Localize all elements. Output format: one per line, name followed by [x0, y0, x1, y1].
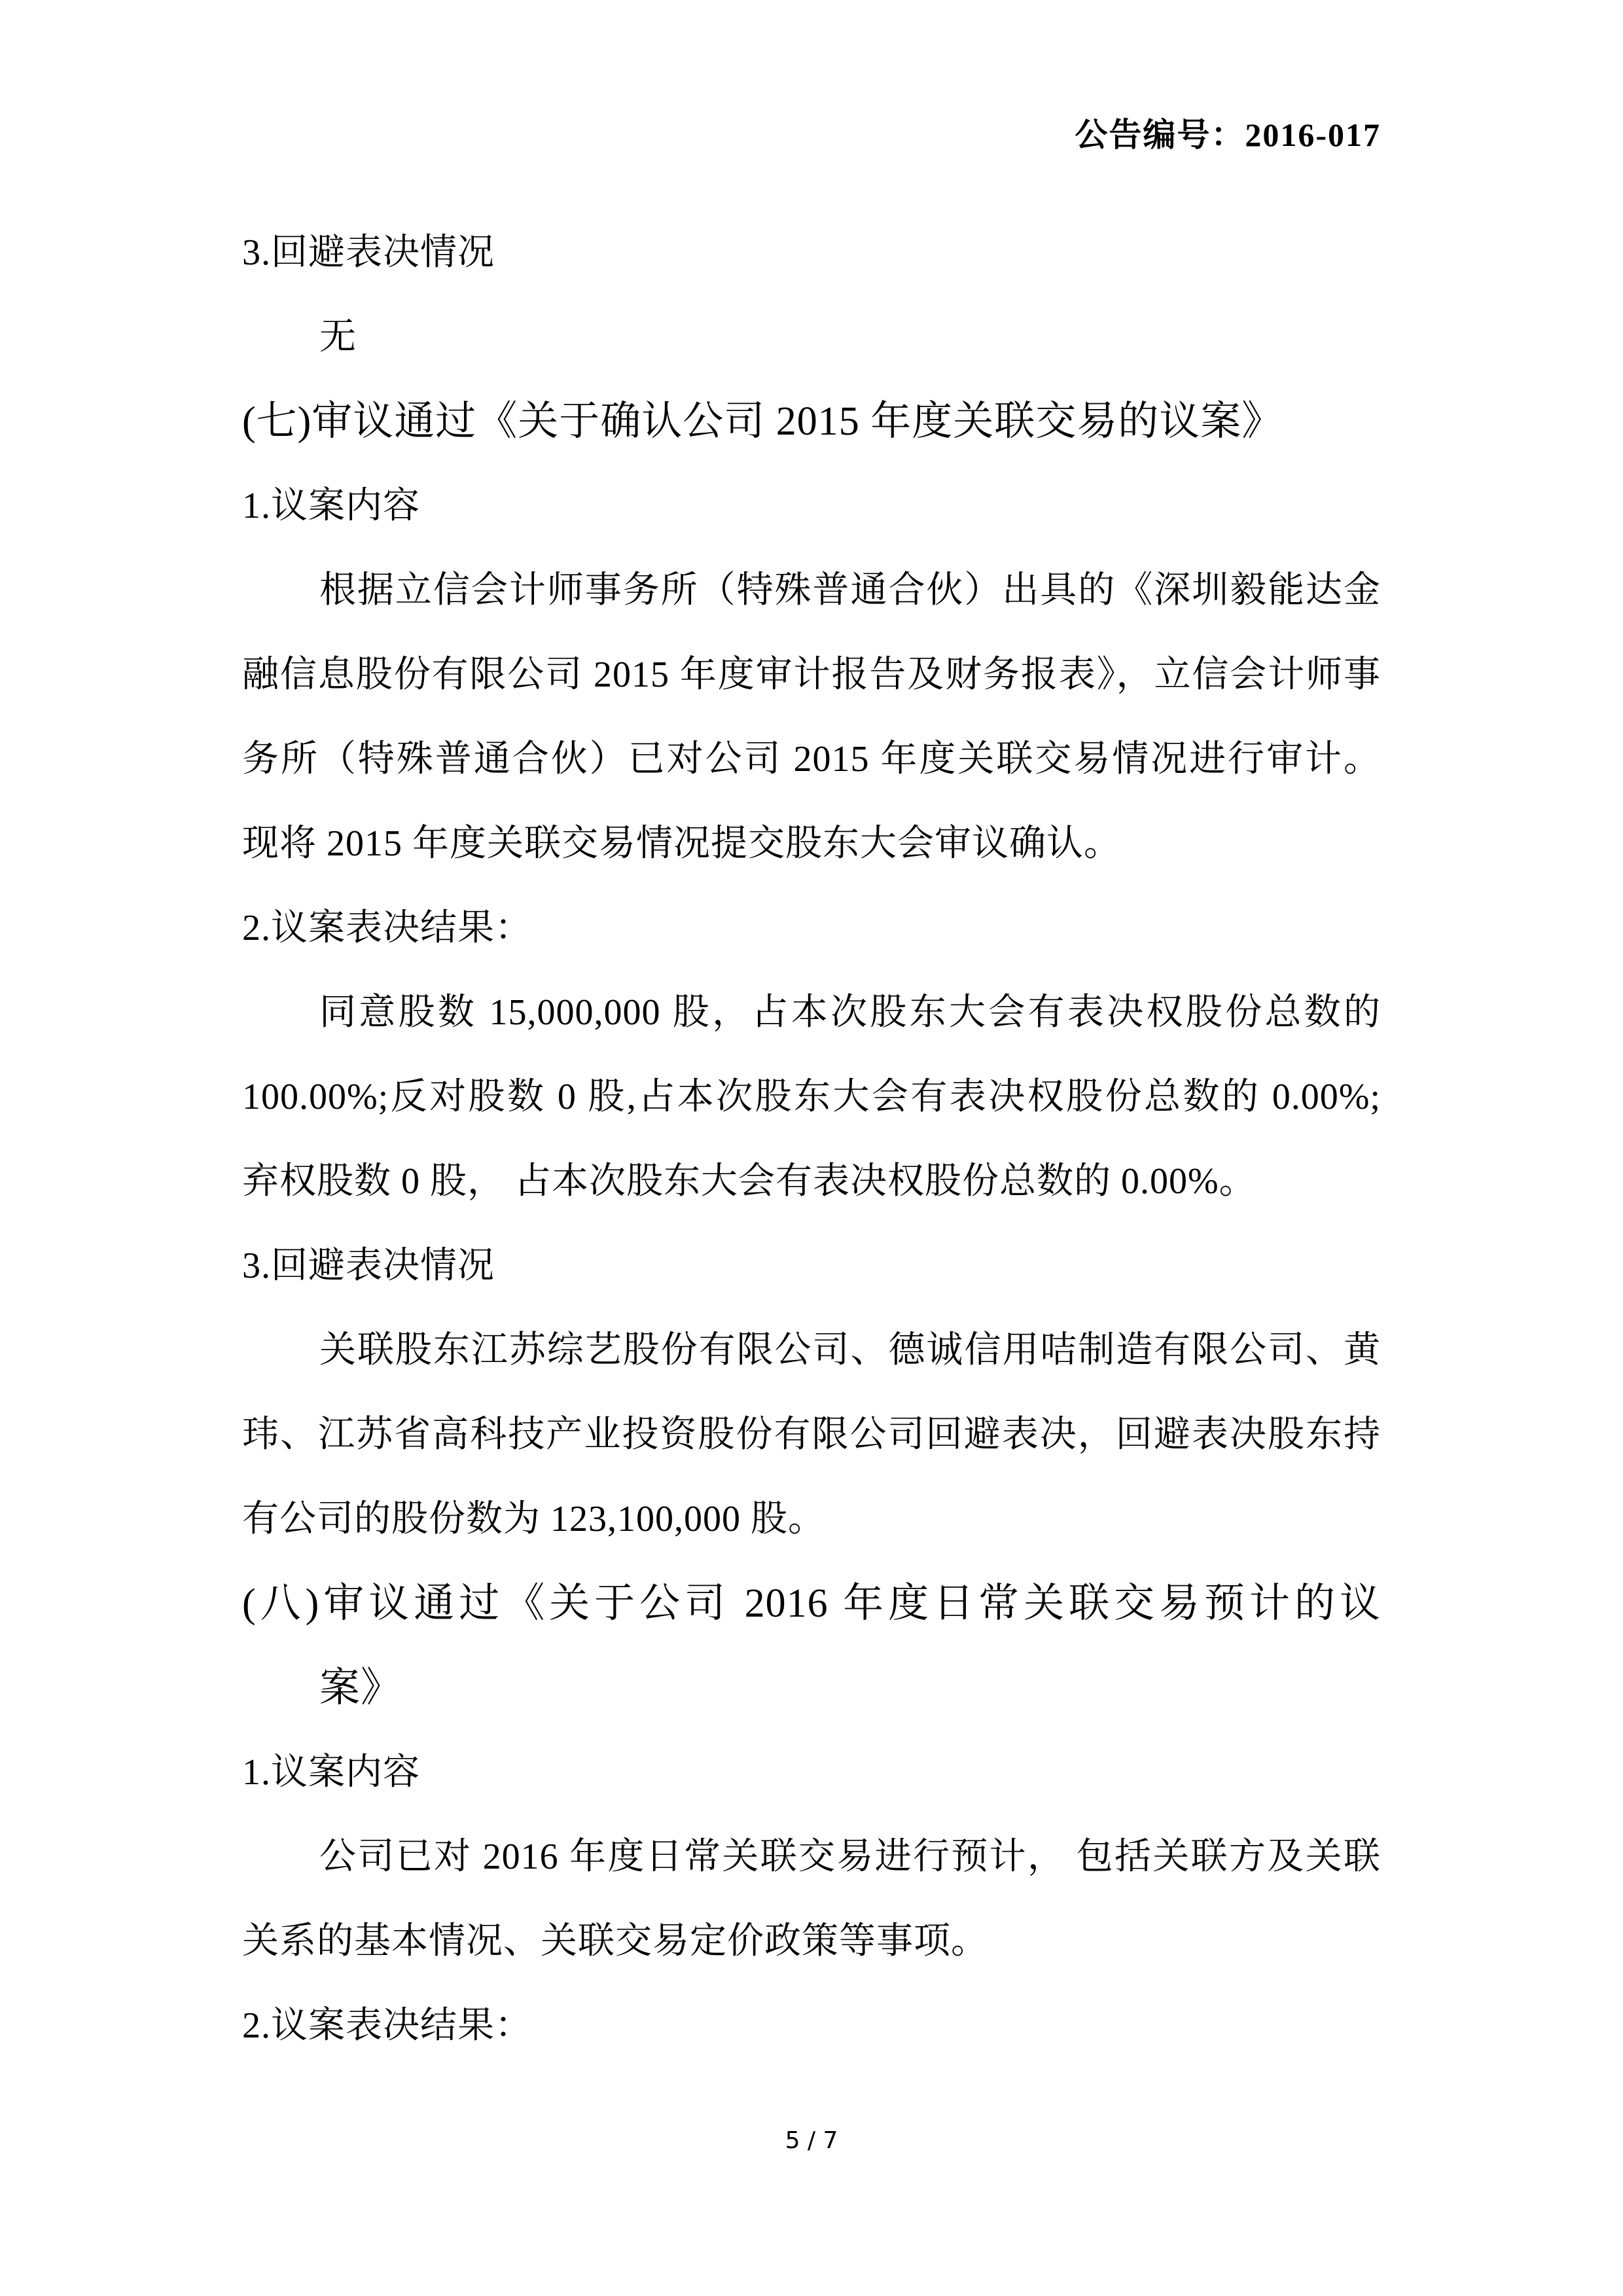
document-page: 公告编号：2016-017 3.回避表决情况无(七)审议通过《关于确认公司 20… [0, 0, 1623, 2296]
text-line: 同意股数 15,000,000 股，占本次股东大会有表决权股份总数的 [242, 971, 1381, 1055]
text-line: 3.回避表决情况 [242, 211, 1381, 295]
text-line: 2.议案表决结果： [242, 1984, 1381, 2068]
text-line: 公司已对 2016 年度日常关联交易进行预计， 包括关联方及关联 [242, 1815, 1381, 1899]
text-line: 关系的基本情况、关联交易定价政策等事项。 [242, 1899, 1381, 1984]
document-body: 3.回避表决情况无(七)审议通过《关于确认公司 2015 年度关联交易的议案》1… [242, 211, 1381, 2068]
text-line: (七)审议通过《关于确认公司 2015 年度关联交易的议案》 [242, 380, 1381, 464]
text-line: 现将 2015 年度关联交易情况提交股东大会审议确认。 [242, 802, 1381, 886]
text-line: 弃权股数 0 股， 占本次股东大会有表决权股份总数的 0.00%。 [242, 1139, 1381, 1224]
text-line: 根据立信会计师事务所（特殊普通合伙）出具的《深圳毅能达金 [242, 548, 1381, 633]
text-line: 务所（特殊普通合伙）已对公司 2015 年度关联交易情况进行审计。 [242, 717, 1381, 802]
text-line: 2.议案表决结果： [242, 886, 1381, 971]
text-line: 案》 [242, 1646, 1381, 1731]
announcement-number: 公告编号：2016-017 [1075, 115, 1381, 155]
page-number: 5 / 7 [0, 2126, 1623, 2156]
text-line: 无 [242, 295, 1381, 380]
text-line: 100.00%;反对股数 0 股,占本次股东大会有表决权股份总数的 0.00%; [242, 1055, 1381, 1139]
text-line: 关联股东江苏综艺股份有限公司、德诚信用咭制造有限公司、黄 [242, 1308, 1381, 1393]
text-line: 3.回避表决情况 [242, 1224, 1381, 1308]
text-line: 1.议案内容 [242, 1731, 1381, 1815]
text-line: 1.议案内容 [242, 464, 1381, 548]
text-line: (八)审议通过《关于公司 2016 年度日常关联交易预计的议 [242, 1562, 1381, 1646]
text-line: 有公司的股份数为 123,100,000 股。 [242, 1477, 1381, 1562]
text-line: 玮、江苏省高科技产业投资股份有限公司回避表决，回避表决股东持 [242, 1393, 1381, 1477]
text-line: 融信息股份有限公司 2015 年度审计报告及财务报表》，立信会计师事 [242, 633, 1381, 717]
